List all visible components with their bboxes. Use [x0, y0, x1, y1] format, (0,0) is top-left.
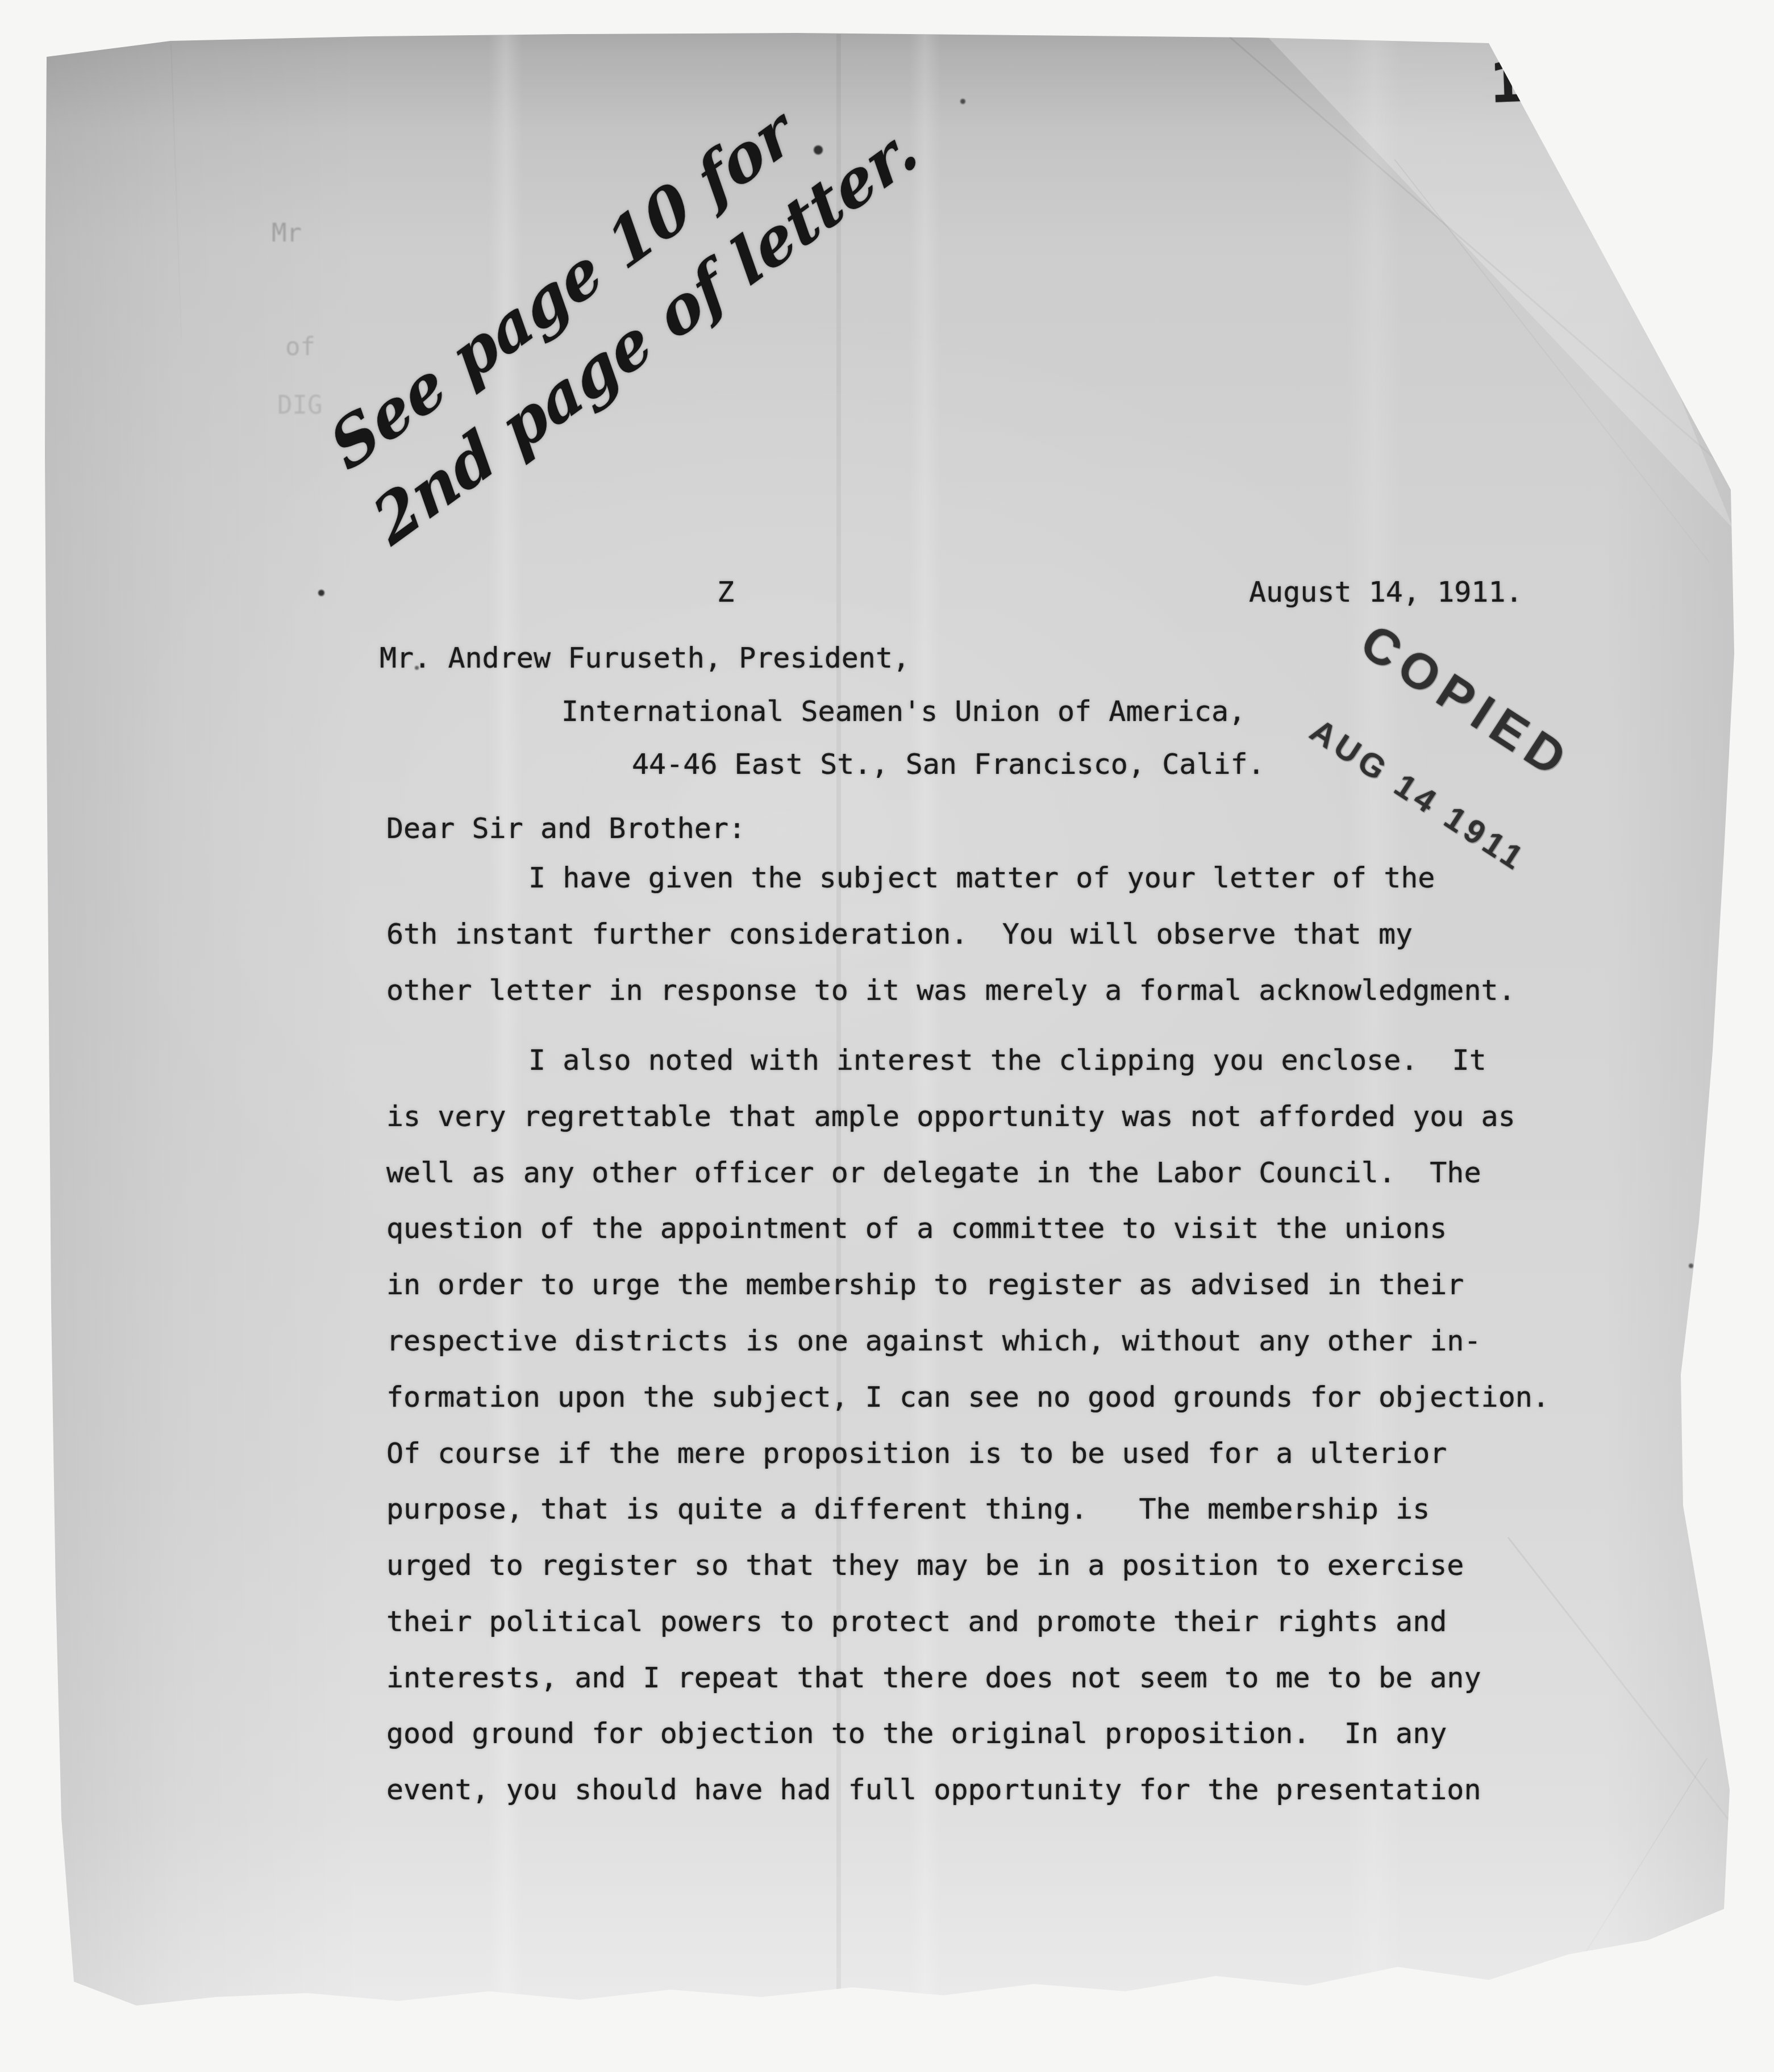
letter-line: I have given the subject matter of your …	[528, 861, 1435, 895]
ghost-mark-dig: DIG	[277, 391, 322, 420]
letter-line: Of course if the mere proposition is to …	[386, 1436, 1447, 1470]
letter-line: event, you should have had full opportun…	[386, 1773, 1481, 1807]
letter-line: respective districts is one against whic…	[386, 1324, 1481, 1358]
stray-character: Z	[717, 575, 734, 609]
letter-line: good ground for objection to the origina…	[386, 1716, 1447, 1750]
ghost-mark-of: of	[285, 332, 315, 361]
letter-line: other letter in response to it was merel…	[386, 973, 1515, 1007]
recipient-line: 44-46 East St., San Francisco, Calif.	[632, 747, 1265, 781]
scanned-letter-page: { "scan": { "page_number": "11", "handwr…	[0, 0, 1774, 2072]
scan-streak-3	[909, 34, 941, 2000]
crease-line-bottom-right-2	[1544, 1758, 1708, 2019]
ink-speck	[415, 666, 419, 670]
date-line: August 14, 1911.	[1249, 575, 1523, 609]
letter-line: their political powers to protect and pr…	[386, 1604, 1447, 1639]
scan-streak-4	[1347, 34, 1401, 2000]
letter-line: purpose, that is quite a different thing…	[386, 1492, 1430, 1526]
ink-speck	[318, 590, 324, 596]
letter-line: urged to register so that they may be in…	[386, 1548, 1464, 1582]
page-number: 11	[1489, 49, 1558, 116]
letter-line: well as any other officer or delegate in…	[386, 1156, 1481, 1190]
letter-line: is very regrettable that ample opportuni…	[386, 1099, 1515, 1133]
crease-line-top-right-2	[1394, 159, 1710, 562]
ghost-mark-mr: Mr	[272, 219, 302, 248]
letter-line: in order to urge the membership to regis…	[386, 1268, 1464, 1302]
folded-corner-highlight	[0, 0, 1774, 2072]
letter-paper: 11 See page 10 for 2nd page of letter. M…	[0, 0, 1774, 2072]
letter-line: I also noted with interest the clipping …	[528, 1043, 1486, 1077]
scan-streak-2	[836, 34, 841, 2000]
ink-speck	[960, 99, 965, 104]
crease-line-top-left	[170, 44, 182, 340]
letter-line: 6th instant further consideration. You w…	[386, 917, 1413, 951]
ink-speck	[1689, 1264, 1693, 1268]
salutation: Dear Sir and Brother:	[386, 811, 746, 845]
recipient-line: International Seamen's Union of America,	[561, 694, 1246, 728]
letter-line: interests, and I repeat that there does …	[386, 1661, 1481, 1695]
crease-line-bottom-right	[1508, 1537, 1774, 1905]
letter-line: formation upon the subject, I can see no…	[386, 1380, 1550, 1414]
recipient-line: Mr. Andrew Furuseth, President,	[380, 641, 910, 675]
ink-speck	[814, 145, 823, 155]
letter-line: question of the appointment of a committ…	[386, 1211, 1447, 1245]
